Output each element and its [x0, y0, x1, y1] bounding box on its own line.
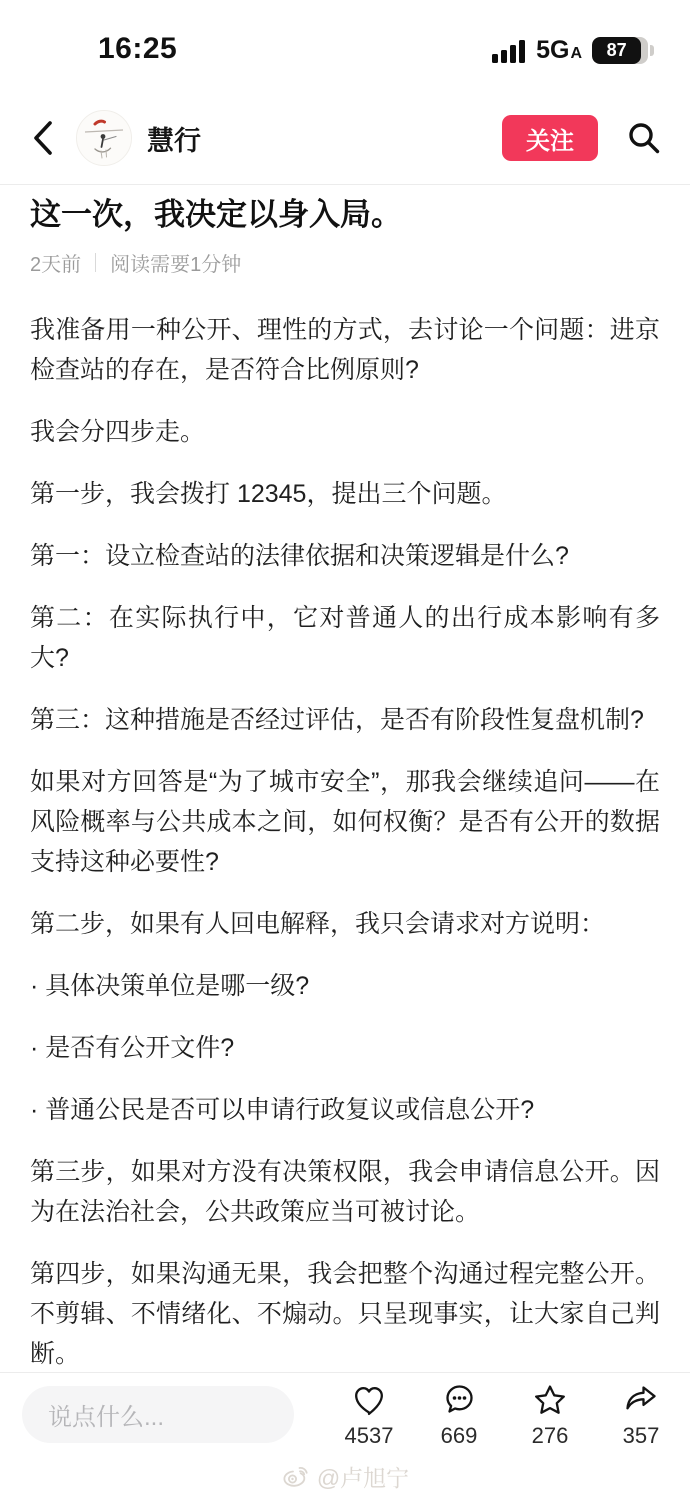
- chevron-left-icon: [30, 119, 56, 157]
- bullet-item: · 是否有公开文件?: [30, 1028, 660, 1068]
- posted-time: 2天前: [30, 248, 81, 277]
- watermark-handle: @卢旭宁: [317, 1460, 409, 1493]
- read-time: 阅读需要1分钟: [110, 248, 241, 277]
- comment-placeholder: 说点什么...: [48, 1397, 164, 1432]
- signal-bars-icon: [492, 39, 526, 63]
- battery-icon: 87: [592, 37, 654, 64]
- bullet-item: · 普通公民是否可以申请行政复议或信息公开?: [30, 1090, 660, 1130]
- paragraph: 我准备用一种公开、理性的方式，去讨论一个问题：进京检查站的存在，是否符合比例原则…: [30, 310, 660, 390]
- weibo-article-screen: 16:25 5GA 87: [0, 0, 690, 1499]
- comment-bubble-icon: [441, 1382, 477, 1418]
- article-body: 我准备用一种公开、理性的方式，去讨论一个问题：进京检查站的存在，是否符合比例原则…: [30, 310, 660, 1374]
- avatar-ink-art: [77, 111, 131, 165]
- share-count: 357: [602, 1423, 680, 1449]
- comment-input[interactable]: 说点什么...: [22, 1386, 294, 1443]
- favorite-button[interactable]: 276: [511, 1382, 589, 1449]
- like-button[interactable]: 4537: [330, 1382, 408, 1449]
- bottom-action-bar: 说点什么... 4537 669 276: [0, 1372, 690, 1499]
- comment-button[interactable]: 669: [420, 1382, 498, 1449]
- paragraph: 第三步，如果对方没有决策权限，我会申请信息公开。因为在法治社会，公共政策应当可被…: [30, 1152, 660, 1232]
- paragraph: 第一：设立检查站的法律依据和决策逻辑是什么?: [30, 536, 660, 576]
- paragraph: 第一步，我会拨打 12345，提出三个问题。: [30, 474, 660, 514]
- author-username[interactable]: 慧行: [147, 119, 201, 158]
- search-icon: [624, 118, 664, 158]
- paragraph: 第二：在实际执行中，它对普通人的出行成本影响有多大?: [30, 598, 660, 678]
- like-count: 4537: [330, 1423, 408, 1449]
- clock: 16:25: [98, 32, 177, 66]
- meta-divider: [95, 253, 96, 272]
- heart-icon: [351, 1382, 387, 1418]
- battery-percent: 87: [607, 40, 627, 61]
- search-button[interactable]: [624, 118, 664, 158]
- back-button[interactable]: [30, 119, 56, 157]
- bullet-item: · 具体决策单位是哪一级?: [30, 966, 660, 1006]
- comment-count: 669: [420, 1423, 498, 1449]
- weibo-logo-icon: [281, 1465, 309, 1489]
- favorite-count: 276: [511, 1423, 589, 1449]
- paragraph: 第三：这种措施是否经过评估，是否有阶段性复盘机制?: [30, 700, 660, 740]
- follow-button[interactable]: 关注: [502, 115, 598, 161]
- paragraph: 如果对方回答是“为了城市安全”，那我会继续追问——在风险概率与公共成本之间，如何…: [30, 762, 660, 882]
- avatar[interactable]: [76, 110, 132, 166]
- paragraph: 我会分四步走。: [30, 412, 660, 452]
- star-icon: [532, 1382, 568, 1418]
- nav-header: 慧行 关注: [0, 92, 690, 185]
- article-title: 这一次，我决定以身入局。: [30, 195, 660, 236]
- status-bar: 16:25 5GA 87: [0, 0, 690, 92]
- watermark: @卢旭宁: [0, 1460, 690, 1493]
- network-type-label: 5GA: [536, 36, 582, 65]
- share-arrow-icon: [623, 1382, 659, 1418]
- paragraph: 第二步，如果有人回电解释，我只会请求对方说明：: [30, 904, 660, 944]
- paragraph: 第四步，如果沟通无果，我会把整个沟通过程完整公开。不剪辑、不情绪化、不煽动。只呈…: [30, 1254, 660, 1374]
- article-meta: 2天前 阅读需要1分钟: [30, 248, 660, 277]
- article: 这一次，我决定以身入局。 2天前 阅读需要1分钟 我准备用一种公开、理性的方式，…: [0, 185, 690, 1374]
- share-button[interactable]: 357: [602, 1382, 680, 1449]
